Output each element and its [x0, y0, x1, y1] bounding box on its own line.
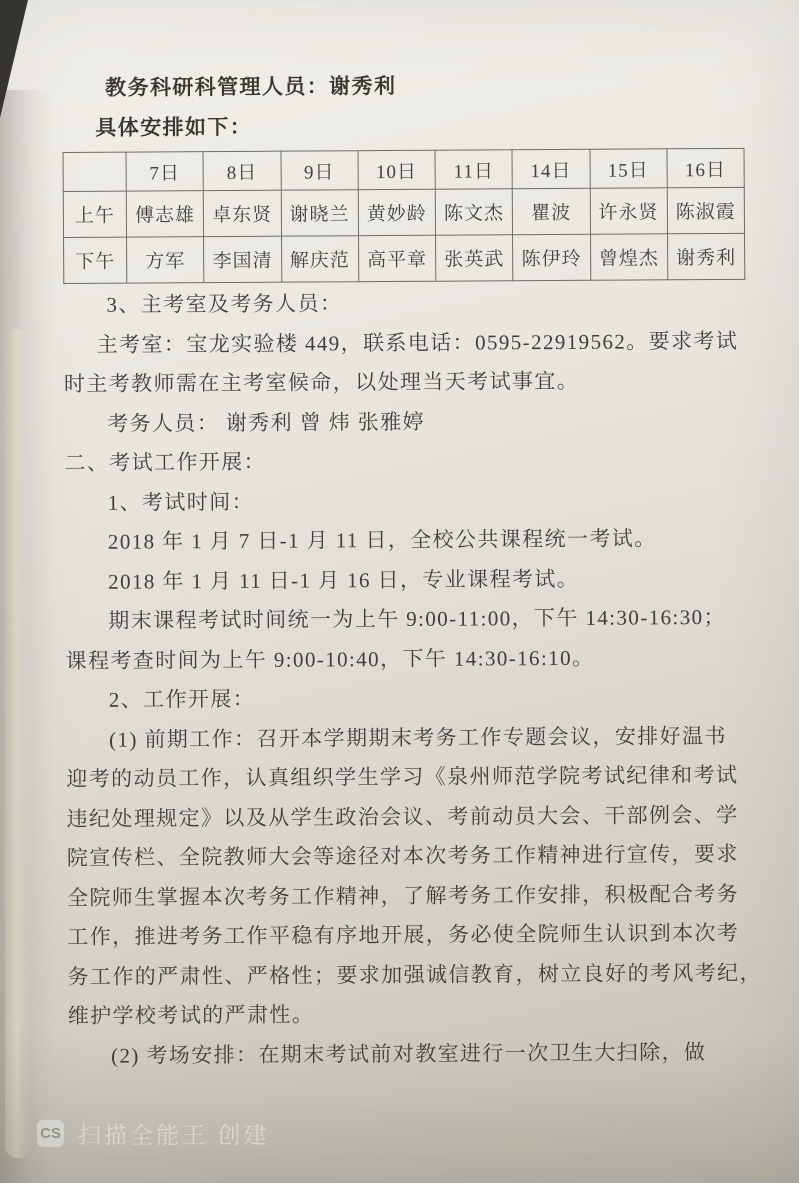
table-cell: 解庆范: [281, 236, 359, 282]
table-cell: 许永贤: [590, 188, 668, 234]
table-cell: 方军: [127, 237, 205, 283]
row-label-cell: 上午: [63, 191, 126, 237]
doc-line: 期末课程考试时间统一为上午 9:00-11:00，下午 14:30-16:30；: [65, 598, 749, 642]
doc-line: 课程考查时间为上午 9:00-10:40，下午 14:30-16:10。: [66, 637, 750, 681]
table-header-cell: 8日: [203, 151, 280, 190]
doc-line: 工作，推进考务工作平稳有序地开展，务必使全院师生认识到本次考: [67, 914, 751, 958]
doc-line: (1) 前期工作：召开本学期期末考务工作专题会议，安排好温书: [66, 716, 750, 760]
document-paragraphs: 3、主考室及考务人员： 主考室：宝龙实验楼 449，联系电话：0595-2291…: [63, 282, 752, 1076]
table-header-cell: 9日: [281, 151, 358, 190]
doc-line: 2018 年 1 月 7 日-1 月 11 日，全校公共课程统一考试。: [65, 519, 749, 563]
table-cell: 谢晓兰: [281, 190, 359, 236]
row-label-cell: 下午: [64, 237, 127, 283]
doc-line: 时主考教师需在主考室候命，以处理当天考试事宜。: [64, 361, 748, 405]
table-header-cell: 10日: [358, 150, 435, 189]
table-cell: 卓东贤: [204, 190, 282, 236]
table-cell: 谢秀利: [667, 233, 745, 279]
table-header-cell: 14日: [512, 149, 589, 188]
photo-bottom-shade: [0, 1033, 799, 1183]
doc-line: 3、主考室及考务人员：: [63, 282, 747, 326]
table-header-cell: 16日: [667, 148, 744, 187]
table-corner-cell: [63, 152, 126, 191]
doc-line: 院宣传栏、全院教师大会等途径对本次考务工作精神进行宣传，要求: [67, 835, 751, 879]
table-header-row: 7日 8日 9日 10日 11日 14日 15日 16日: [63, 148, 744, 191]
invigilator-schedule-table: 7日 8日 9日 10日 11日 14日 15日 16日 上午 傅志雄 卓东贤 …: [63, 148, 746, 284]
table-cell: 高平章: [358, 235, 436, 281]
document-body: 教务科研科管理人员：谢秀利 具体安排如下： 7日 8日 9日 10日 11日 1…: [62, 64, 752, 1076]
doc-line: 1、考试时间：: [65, 479, 749, 523]
table-cell: 张英武: [436, 235, 514, 281]
manager-line: 教务科研科管理人员：谢秀利: [62, 64, 746, 108]
table-cell: 陈伊玲: [513, 234, 591, 280]
doc-line: 务工作的严肃性、严格性；要求加强诚信教育，树立良好的考风考纪，: [67, 953, 751, 997]
table-header-cell: 15日: [590, 149, 667, 188]
doc-line: 维护学校考试的严肃性。: [68, 993, 752, 1037]
table-header-cell: 7日: [126, 152, 203, 191]
doc-line: 违纪处理规定》以及从学生政治会议、考前动员大会、干部例会、学: [66, 795, 750, 839]
doc-line: 全院师生掌握本次考务工作精神，了解考务工作安排，积极配合考务: [67, 874, 751, 918]
doc-line: 考务人员： 谢秀利 曾 炜 张雅婷: [64, 400, 748, 444]
table-header-cell: 11日: [435, 150, 512, 189]
doc-line: 2018 年 1 月 11 日-1 月 16 日，专业课程考试。: [65, 558, 749, 602]
doc-line: 2、工作开展：: [66, 677, 750, 721]
table-row-morning: 上午 傅志雄 卓东贤 谢晓兰 黄妙龄 陈文杰 瞿波 许永贤 陈淑霞: [63, 187, 744, 237]
table-cell: 曾煌杰: [590, 234, 668, 280]
table-row-afternoon: 下午 方军 李国清 解庆范 高平章 张英武 陈伊玲 曾煌杰 谢秀利: [64, 233, 745, 283]
table-cell: 陈文杰: [435, 189, 513, 235]
table-cell: 李国清: [204, 236, 282, 282]
doc-line: 迎考的动员工作，认真组织学生学习《泉州师范学院考试纪律和考试: [66, 756, 750, 800]
table-cell: 黄妙龄: [358, 189, 436, 235]
doc-line: 二、考试工作开展：: [64, 440, 748, 484]
scanned-page: 教务科研科管理人员：谢秀利 具体安排如下： 7日 8日 9日 10日 11日 1…: [0, 0, 799, 1183]
arrangement-intro-line: 具体安排如下：: [62, 104, 746, 148]
doc-line: 主考室：宝龙实验楼 449，联系电话：0595-22919562。要求考试: [64, 321, 748, 365]
table-cell: 瞿波: [512, 188, 590, 234]
table-cell: 傅志雄: [126, 191, 204, 237]
table-cell: 陈淑霞: [667, 187, 745, 233]
